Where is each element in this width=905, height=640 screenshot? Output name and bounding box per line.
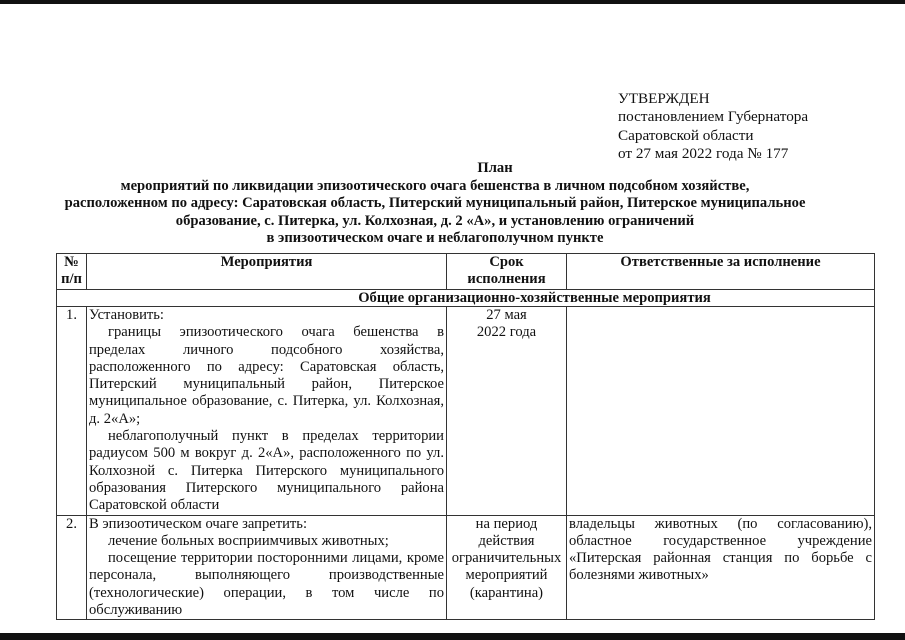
event-intro: Установить: <box>89 307 444 324</box>
title-line: мероприятий по ликвидации эпизоотическог… <box>40 178 830 196</box>
document-title: План мероприятий по ликвидации эпизоотич… <box>40 160 830 248</box>
section-title: Общие организационно-хозяйственные мероп… <box>57 290 875 307</box>
section-row: Общие организационно-хозяйственные мероп… <box>57 290 875 307</box>
event-intro: В эпизоотическом очаге запретить: <box>89 516 444 533</box>
row-number: 1. <box>57 307 87 516</box>
row-responsible <box>567 307 875 516</box>
row-responsible: владельцы животных (по согласованию), об… <box>567 515 875 620</box>
row-event: Установить: границы эпизоотического очаг… <box>87 307 447 516</box>
header-number-sign: № <box>59 254 84 271</box>
term-line: ограничительных <box>449 550 564 567</box>
term-line: на период <box>449 516 564 533</box>
table-header-row: № п/п Мероприятия Срок исполнения Ответс… <box>57 254 875 290</box>
header-responsible: Ответственные за исполнение <box>567 254 875 290</box>
row-term: на период действия ограничительных мероп… <box>447 515 567 620</box>
plan-table: № п/п Мероприятия Срок исполнения Ответс… <box>56 253 875 620</box>
row-term: 27 мая 2022 года <box>447 307 567 516</box>
header-term: Срок исполнения <box>447 254 567 290</box>
event-paragraph: посещение территории посторонними лицами… <box>89 550 444 619</box>
term-line: действия <box>449 533 564 550</box>
term-line: (карантина) <box>449 585 564 602</box>
term-line: мероприятий <box>449 567 564 584</box>
table-row: 1. Установить: границы эпизоотического о… <box>57 307 875 516</box>
term-line: 27 мая <box>449 307 564 324</box>
approval-stamp: УТВЕРЖДЕН постановлением Губернатора Сар… <box>618 90 808 164</box>
header-number: № п/п <box>57 254 87 290</box>
header-number-abbr: п/п <box>59 271 84 288</box>
event-paragraph: лечение больных восприимчивых животных; <box>89 533 444 550</box>
title-line: расположенном по адресу: Саратовская обл… <box>40 195 830 213</box>
approval-heading: УТВЕРЖДЕН <box>618 90 808 108</box>
title-line: образование, с. Питерка, ул. Колхозная, … <box>40 213 830 231</box>
header-event: Мероприятия <box>87 254 447 290</box>
event-paragraph: неблагополучный пункт в пределах террито… <box>89 428 444 514</box>
scan-edge-top <box>0 0 905 4</box>
header-term-line: Срок <box>449 254 564 271</box>
approval-line: постановлением Губернатора <box>618 108 808 126</box>
header-term-line: исполнения <box>449 271 564 288</box>
event-paragraph: границы эпизоотического очага бешенства … <box>89 324 444 428</box>
approval-line: Саратовской области <box>618 127 808 145</box>
table-row: 2. В эпизоотическом очаге запретить: леч… <box>57 515 875 620</box>
row-number: 2. <box>57 515 87 620</box>
scan-edge-bottom <box>0 633 905 640</box>
title-line: План <box>40 160 830 178</box>
term-line: 2022 года <box>449 324 564 341</box>
row-event: В эпизоотическом очаге запретить: лечени… <box>87 515 447 620</box>
title-line: в эпизоотическом очаге и неблагополучном… <box>40 230 830 248</box>
